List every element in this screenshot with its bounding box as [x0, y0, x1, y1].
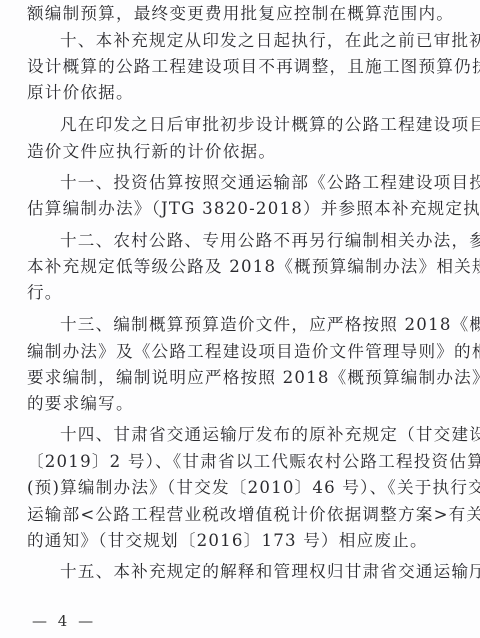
text-line: (预)算编制办法》（甘交发〔2010〕46 号）、《关于执行交通: [27, 477, 457, 499]
text-line: 造价文件应执行新的计价依据。: [27, 141, 457, 163]
text-line: 十三、编制概算预算造价文件，应严格按照 2018《概预算: [60, 314, 457, 336]
text-line: 原计价依据。: [27, 82, 457, 104]
text-line: 的通知》（甘交规划〔2016〕173 号）相应废止。: [27, 530, 457, 552]
text-line: 编制办法》及《公路工程建设项目造价文件管理导则》的相关: [27, 341, 457, 363]
text-line: 的要求编写。: [27, 393, 457, 415]
text-line: 十五、本补充规定的解释和管理权归甘肃省交通运输厅。: [60, 561, 457, 583]
document-page: 额编制预算，最终变更费用批复应控制在概算范围内。十、本补充规定从印发之日起执行，…: [0, 0, 480, 638]
text-line: 十四、甘肃省交通运输厅发布的原补充规定（甘交建设: [60, 424, 457, 446]
text-line: 行。: [27, 282, 457, 304]
text-line: 估算编制办法》（JTG 3820-2018）并参照本补充规定执行。: [27, 198, 457, 220]
page-number: — 4 —: [32, 612, 96, 630]
text-line: 〔2019〕2 号）、《甘肃省以工代赈农村公路工程投资估算及概: [27, 451, 457, 473]
text-line: 要求编制，编制说明应严格按照 2018《概预算编制办法》2.3.3: [27, 367, 457, 389]
text-line: 十二、农村公路、专用公路不再另行编制相关办法，参照: [60, 230, 457, 252]
text-line: 本补充规定低等级公路及 2018《概预算编制办法》相关规定执: [27, 256, 457, 278]
text-line: 十一、投资估算按照交通运输部《公路工程建设项目投资: [60, 172, 457, 194]
text-line: 凡在印发之日后审批初步设计概算的公路工程建设项目，: [60, 114, 457, 136]
text-line: 额编制预算，最终变更费用批复应控制在概算范围内。: [27, 3, 457, 25]
text-line: 设计概算的公路工程建设项目不再调整，且施工图预算仍执行: [27, 56, 457, 78]
text-line: 运输部<公路工程营业税改增值税计价依据调整方案>有关事宜: [27, 504, 457, 526]
text-line: 十、本补充规定从印发之日起执行，在此之前已审批初步: [60, 30, 457, 52]
